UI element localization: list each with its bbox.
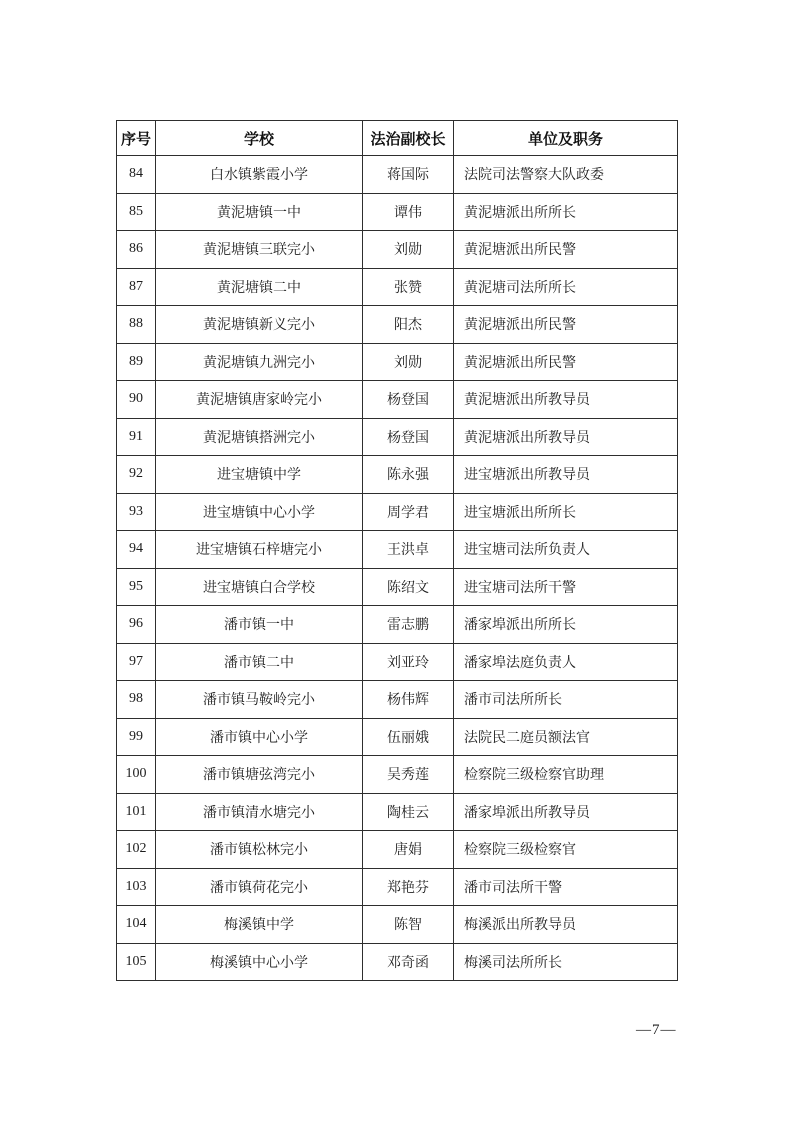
- cell-unit: 梅溪派出所教导员: [454, 906, 678, 944]
- roster-table: 序号 学校 法治副校长 单位及职务 84白水镇紫霞小学蒋国际法院司法警察大队政委…: [116, 120, 678, 981]
- cell-person: 陈智: [363, 906, 454, 944]
- table-row: 87黄泥塘镇二中张赞黄泥塘司法所所长: [117, 268, 678, 306]
- cell-person: 杨伟辉: [363, 681, 454, 719]
- cell-unit: 潘家埠法庭负责人: [454, 643, 678, 681]
- cell-school: 进宝塘镇白合学校: [156, 568, 363, 606]
- cell-school: 潘市镇松林完小: [156, 831, 363, 869]
- table-row: 103潘市镇荷花完小郑艳芬潘市司法所干警: [117, 868, 678, 906]
- header-cell-no: 序号: [117, 121, 156, 156]
- table-row: 90黄泥塘镇唐家岭完小杨登国黄泥塘派出所教导员: [117, 381, 678, 419]
- cell-no: 97: [117, 643, 156, 681]
- table-row: 95进宝塘镇白合学校陈绍文进宝塘司法所干警: [117, 568, 678, 606]
- cell-no: 85: [117, 193, 156, 231]
- cell-unit: 黄泥塘派出所所长: [454, 193, 678, 231]
- cell-unit: 梅溪司法所所长: [454, 943, 678, 981]
- cell-no: 104: [117, 906, 156, 944]
- cell-person: 陈永强: [363, 456, 454, 494]
- cell-school: 潘市镇二中: [156, 643, 363, 681]
- cell-no: 100: [117, 756, 156, 794]
- cell-school: 潘市镇荷花完小: [156, 868, 363, 906]
- table-row: 105梅溪镇中心小学邓奇函梅溪司法所所长: [117, 943, 678, 981]
- table-row: 89黄泥塘镇九洲完小刘勋黄泥塘派出所民警: [117, 343, 678, 381]
- table-body: 84白水镇紫霞小学蒋国际法院司法警察大队政委85黄泥塘镇一中谭伟黄泥塘派出所所长…: [117, 156, 678, 981]
- cell-no: 86: [117, 231, 156, 269]
- cell-school: 潘市镇马鞍岭完小: [156, 681, 363, 719]
- table-row: 88黄泥塘镇新义完小阳杰黄泥塘派出所民警: [117, 306, 678, 344]
- cell-person: 阳杰: [363, 306, 454, 344]
- cell-unit: 进宝塘派出所所长: [454, 493, 678, 531]
- cell-unit: 黄泥塘派出所教导员: [454, 381, 678, 419]
- cell-no: 92: [117, 456, 156, 494]
- cell-no: 99: [117, 718, 156, 756]
- table-row: 99潘市镇中心小学伍丽娥法院民二庭员额法官: [117, 718, 678, 756]
- header-cell-person: 法治副校长: [363, 121, 454, 156]
- cell-no: 98: [117, 681, 156, 719]
- table-row: 91黄泥塘镇搭洲完小杨登国黄泥塘派出所教导员: [117, 418, 678, 456]
- cell-unit: 检察院三级检察官: [454, 831, 678, 869]
- cell-unit: 潘市司法所干警: [454, 868, 678, 906]
- cell-no: 103: [117, 868, 156, 906]
- header-row: 序号 学校 法治副校长 单位及职务: [117, 121, 678, 156]
- table-row: 84白水镇紫霞小学蒋国际法院司法警察大队政委: [117, 156, 678, 194]
- cell-no: 96: [117, 606, 156, 644]
- table-row: 97潘市镇二中刘亚玲潘家埠法庭负责人: [117, 643, 678, 681]
- cell-person: 陈绍文: [363, 568, 454, 606]
- cell-school: 潘市镇一中: [156, 606, 363, 644]
- table-row: 93进宝塘镇中心小学周学君进宝塘派出所所长: [117, 493, 678, 531]
- cell-person: 伍丽娥: [363, 718, 454, 756]
- cell-school: 黄泥塘镇新义完小: [156, 306, 363, 344]
- cell-school: 进宝塘镇中心小学: [156, 493, 363, 531]
- cell-school: 潘市镇清水塘完小: [156, 793, 363, 831]
- table-row: 94进宝塘镇石梓塘完小王洪卓进宝塘司法所负责人: [117, 531, 678, 569]
- cell-school: 黄泥塘镇搭洲完小: [156, 418, 363, 456]
- table-row: 96潘市镇一中雷志鹏潘家埠派出所所长: [117, 606, 678, 644]
- cell-unit: 潘市司法所所长: [454, 681, 678, 719]
- cell-no: 102: [117, 831, 156, 869]
- cell-school: 黄泥塘镇一中: [156, 193, 363, 231]
- table-row: 85黄泥塘镇一中谭伟黄泥塘派出所所长: [117, 193, 678, 231]
- cell-unit: 黄泥塘派出所教导员: [454, 418, 678, 456]
- cell-no: 84: [117, 156, 156, 194]
- cell-no: 87: [117, 268, 156, 306]
- cell-school: 白水镇紫霞小学: [156, 156, 363, 194]
- cell-person: 张赞: [363, 268, 454, 306]
- cell-no: 94: [117, 531, 156, 569]
- page-number: —7—: [636, 1022, 677, 1039]
- cell-person: 邓奇函: [363, 943, 454, 981]
- table-row: 98潘市镇马鞍岭完小杨伟辉潘市司法所所长: [117, 681, 678, 719]
- table-row: 92进宝塘镇中学陈永强进宝塘派出所教导员: [117, 456, 678, 494]
- cell-school: 潘市镇塘弦湾完小: [156, 756, 363, 794]
- cell-person: 杨登国: [363, 381, 454, 419]
- cell-unit: 法院民二庭员额法官: [454, 718, 678, 756]
- cell-no: 101: [117, 793, 156, 831]
- cell-unit: 进宝塘司法所负责人: [454, 531, 678, 569]
- header-cell-school: 学校: [156, 121, 363, 156]
- cell-person: 刘勋: [363, 231, 454, 269]
- cell-no: 91: [117, 418, 156, 456]
- header-cell-unit: 单位及职务: [454, 121, 678, 156]
- cell-school: 进宝塘镇中学: [156, 456, 363, 494]
- cell-no: 95: [117, 568, 156, 606]
- cell-person: 唐娟: [363, 831, 454, 869]
- cell-school: 潘市镇中心小学: [156, 718, 363, 756]
- cell-person: 周学君: [363, 493, 454, 531]
- table-row: 102潘市镇松林完小唐娟检察院三级检察官: [117, 831, 678, 869]
- cell-unit: 进宝塘派出所教导员: [454, 456, 678, 494]
- cell-school: 黄泥塘镇九洲完小: [156, 343, 363, 381]
- cell-school: 黄泥塘镇二中: [156, 268, 363, 306]
- cell-person: 王洪卓: [363, 531, 454, 569]
- cell-school: 进宝塘镇石梓塘完小: [156, 531, 363, 569]
- cell-school: 黄泥塘镇三联完小: [156, 231, 363, 269]
- cell-person: 杨登国: [363, 418, 454, 456]
- cell-person: 刘勋: [363, 343, 454, 381]
- document-page: 序号 学校 法治副校长 单位及职务 84白水镇紫霞小学蒋国际法院司法警察大队政委…: [0, 0, 793, 1122]
- table-row: 101潘市镇清水塘完小陶桂云潘家埠派出所教导员: [117, 793, 678, 831]
- cell-person: 吴秀莲: [363, 756, 454, 794]
- table-row: 104梅溪镇中学陈智梅溪派出所教导员: [117, 906, 678, 944]
- cell-school: 梅溪镇中心小学: [156, 943, 363, 981]
- cell-no: 88: [117, 306, 156, 344]
- cell-person: 刘亚玲: [363, 643, 454, 681]
- cell-no: 105: [117, 943, 156, 981]
- cell-unit: 检察院三级检察官助理: [454, 756, 678, 794]
- table-row: 100潘市镇塘弦湾完小吴秀莲检察院三级检察官助理: [117, 756, 678, 794]
- cell-unit: 进宝塘司法所干警: [454, 568, 678, 606]
- cell-person: 郑艳芬: [363, 868, 454, 906]
- table-row: 86黄泥塘镇三联完小刘勋黄泥塘派出所民警: [117, 231, 678, 269]
- cell-unit: 潘家埠派出所所长: [454, 606, 678, 644]
- cell-person: 谭伟: [363, 193, 454, 231]
- cell-unit: 黄泥塘派出所民警: [454, 343, 678, 381]
- cell-person: 蒋国际: [363, 156, 454, 194]
- cell-no: 93: [117, 493, 156, 531]
- cell-person: 陶桂云: [363, 793, 454, 831]
- cell-unit: 黄泥塘派出所民警: [454, 306, 678, 344]
- cell-unit: 法院司法警察大队政委: [454, 156, 678, 194]
- cell-school: 梅溪镇中学: [156, 906, 363, 944]
- cell-unit: 潘家埠派出所教导员: [454, 793, 678, 831]
- cell-person: 雷志鹏: [363, 606, 454, 644]
- cell-unit: 黄泥塘派出所民警: [454, 231, 678, 269]
- cell-unit: 黄泥塘司法所所长: [454, 268, 678, 306]
- cell-school: 黄泥塘镇唐家岭完小: [156, 381, 363, 419]
- cell-no: 90: [117, 381, 156, 419]
- cell-no: 89: [117, 343, 156, 381]
